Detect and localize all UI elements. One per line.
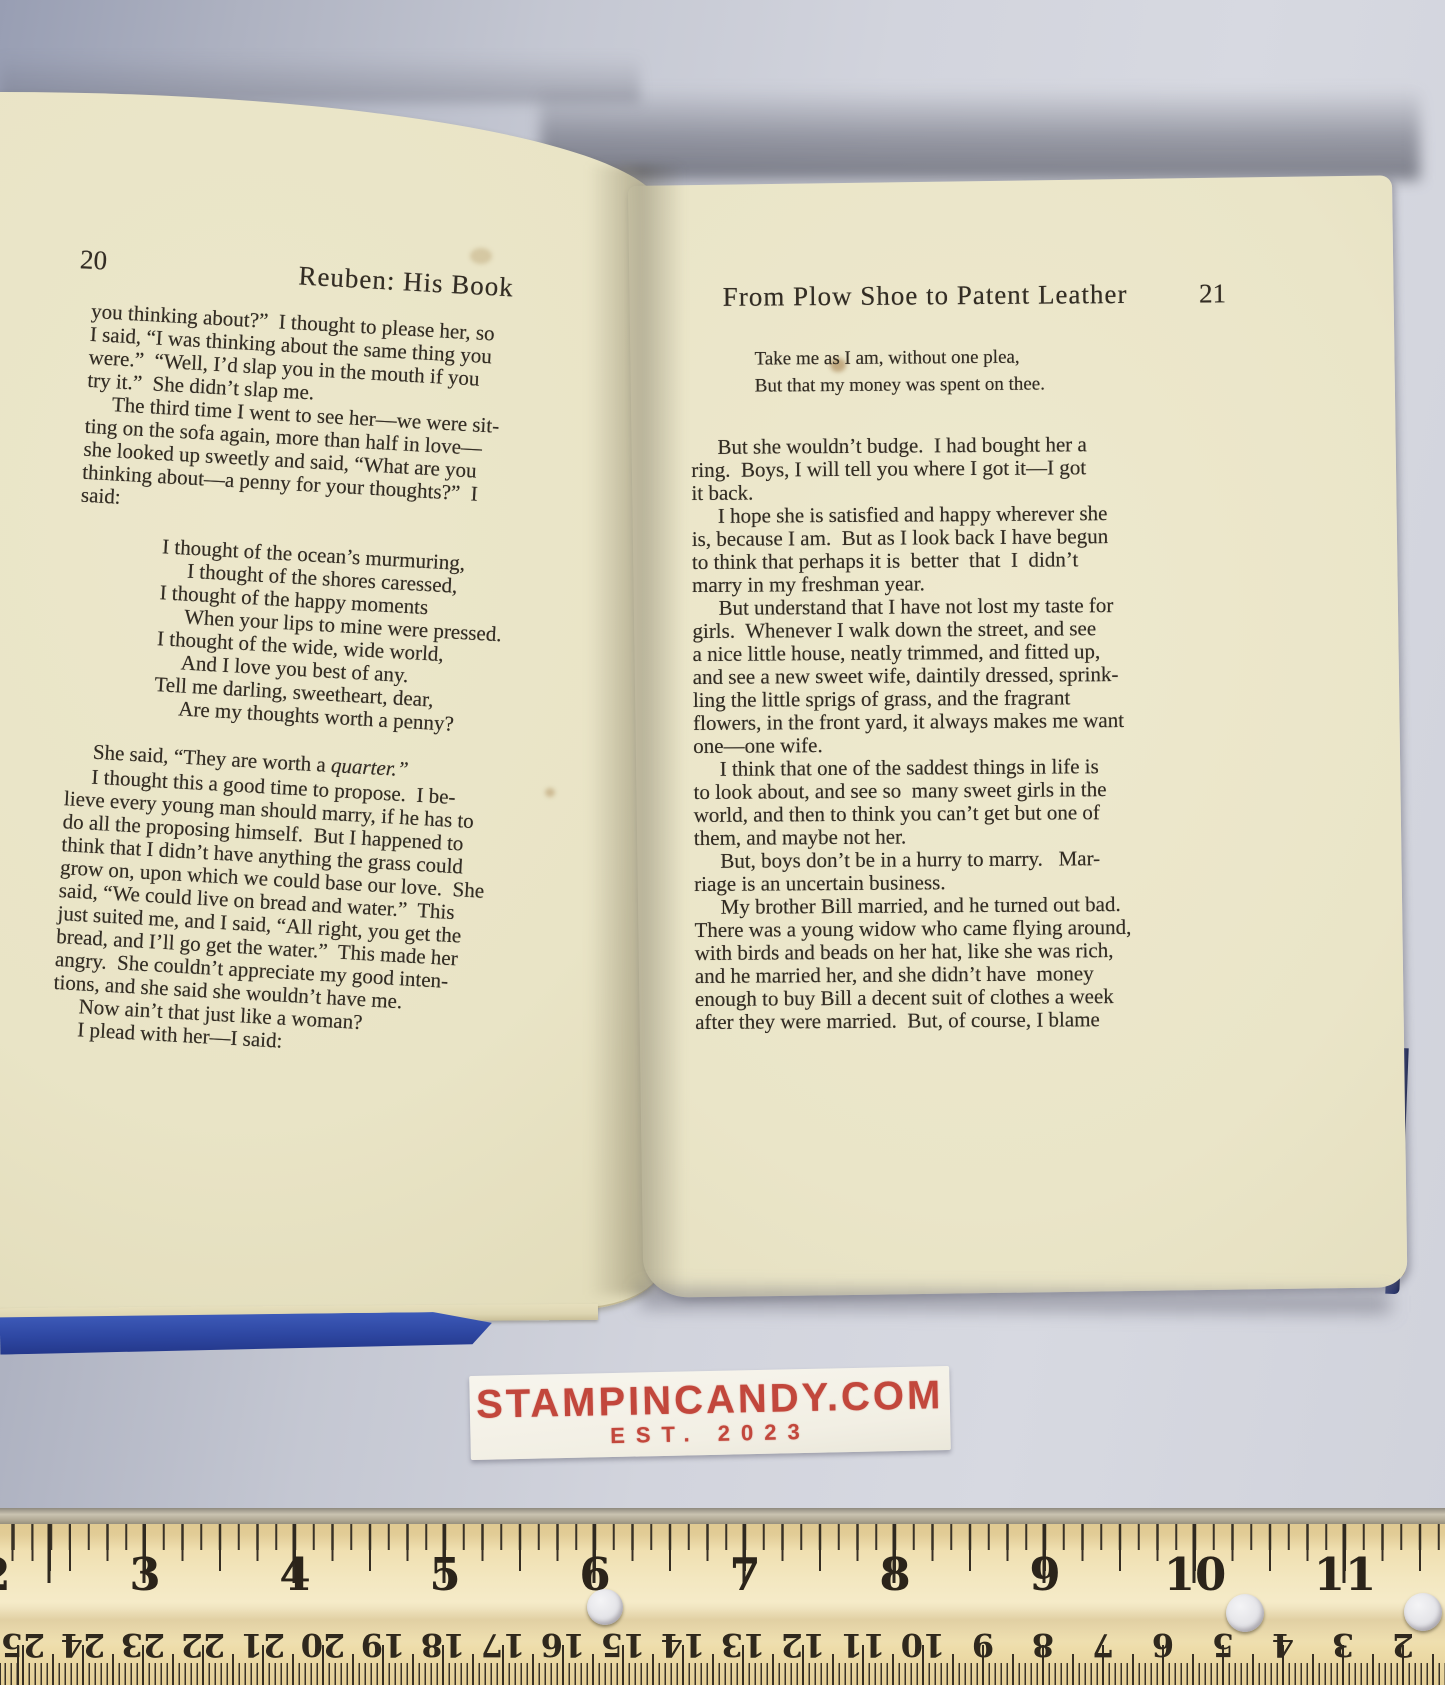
ruler-cm-number: 17 (481, 1626, 526, 1664)
ruler-cm-number: 19 (361, 1626, 406, 1664)
ruler-cm-number: 10 (901, 1626, 946, 1664)
left-body-paragraphs: you thinking about?” I thought to please… (80, 300, 611, 536)
quarter-line-italic: quarter.” (330, 753, 409, 781)
book-bottom-shadow (640, 1289, 1390, 1312)
wooden-ruler: 234567891011 252423222120191817161514131… (0, 1508, 1445, 1685)
ruler-cm-number: 3 (1332, 1626, 1354, 1664)
page-stain (470, 248, 492, 264)
ruler-inch-number: 7 (729, 1548, 760, 1601)
ruler-cm-number: 22 (181, 1626, 226, 1664)
ruler-cm-number: 14 (661, 1626, 706, 1664)
right-page-text: From Plow Shoe to Patent Leather 21 Take… (690, 278, 1235, 1034)
photo-of-open-book: 20 Reuben: His Book you thinking about?”… (0, 0, 1445, 1685)
ruler-rivet (1404, 1593, 1442, 1631)
ruler-inch-number: 9 (1029, 1548, 1060, 1601)
ruler-cm-number: 9 (972, 1626, 994, 1664)
right-body-paragraphs: But she wouldn’t budge. I had bought her… (691, 432, 1235, 1034)
ruler-rivet (587, 1589, 623, 1625)
ruler-inch-number: 5 (429, 1548, 460, 1601)
book-cover-bottom-edge (0, 1311, 492, 1354)
ruler-cm-number: 23 (121, 1626, 166, 1664)
left-poem: I thought of the ocean’s murmuring, I th… (153, 535, 599, 743)
left-page-number: 20 (79, 244, 108, 276)
left-page-text: 20 Reuben: His Book you thinking about?”… (51, 245, 615, 1069)
ruler-inch-number: 3 (129, 1548, 160, 1601)
ruler-cm-number: 20 (301, 1626, 346, 1664)
ruler-inch-number: 10 (1164, 1548, 1227, 1601)
ruler-rivet (1226, 1594, 1264, 1632)
ruler-cm-number: 2 (1392, 1626, 1414, 1664)
ruler-metal-edge (0, 1508, 1445, 1524)
ruler-cm-number: 6 (1152, 1626, 1174, 1664)
left-running-header: Reuben: His Book (298, 260, 515, 303)
ruler-inch-number: 2 (0, 1548, 11, 1601)
ruler-inch-ticks (0, 1524, 1445, 1583)
ruler-cm-number: 24 (61, 1626, 106, 1664)
ruler-inch-number: 8 (879, 1548, 910, 1601)
ruler-cm-number: 5 (1212, 1626, 1234, 1664)
right-running-header-row: From Plow Shoe to Patent Leather 21 (690, 278, 1230, 316)
ruler-cm-number: 21 (241, 1626, 286, 1664)
right-running-header: From Plow Shoe to Patent Leather (690, 279, 1160, 313)
right-page-number: 21 (1199, 278, 1226, 309)
right-couplet: Take me as I am, without one plea, But t… (754, 342, 1230, 399)
ruler-cm-number: 7 (1092, 1626, 1114, 1664)
ruler-cm-number: 12 (781, 1626, 826, 1664)
ruler-cm-number: 15 (601, 1626, 646, 1664)
left-body-paragraphs-2: I thought this a good time to propose. I… (51, 764, 586, 1069)
ruler-cm-number: 25 (1, 1626, 46, 1664)
ruler-cm-number: 4 (1272, 1626, 1294, 1664)
book-top-shadow (540, 88, 1420, 180)
stampincandy-sticker: STAMPINCANDY.COM EST. 2023 (469, 1366, 951, 1460)
ruler-cm-number: 16 (541, 1626, 586, 1664)
ruler-cm-number: 13 (721, 1626, 766, 1664)
ruler-cm-number: 18 (421, 1626, 466, 1664)
ruler-cm-number: 11 (841, 1626, 886, 1664)
ruler-inch-number: 11 (1314, 1548, 1377, 1601)
ruler-cm-number: 8 (1032, 1626, 1054, 1664)
ruler-inch-number: 4 (279, 1548, 310, 1601)
